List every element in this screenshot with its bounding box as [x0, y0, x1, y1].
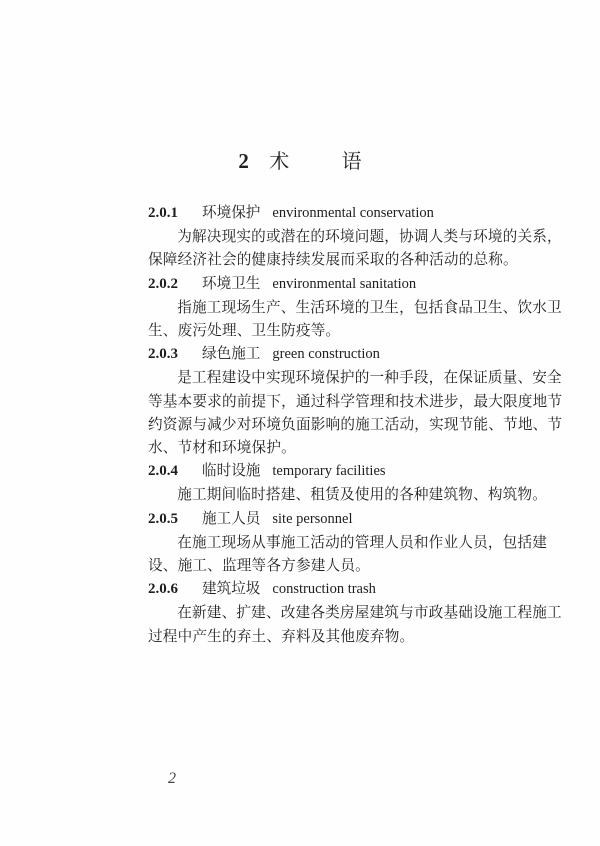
term-definition: 施工期间临时搭建、租赁及使用的各种建筑物、构筑物。 [148, 483, 466, 506]
definition-line: 水、节材和环境保护。 [148, 436, 466, 459]
definition-line: 保障经济社会的健康持续发展而采取的各种活动的总称。 [148, 248, 466, 271]
term-code: 2.0.1 [148, 202, 202, 225]
term-chinese: 施工人员 [202, 510, 260, 527]
definition-line: 是工程建设中实现环境保护的一种手段，在保证质量、安全 [148, 366, 466, 389]
term-english: site personnel [272, 511, 352, 527]
chapter-title-part2: 语 [342, 149, 362, 173]
term-entry: 2.0.4临时设施temporary facilities 施工期间临时搭建、租… [148, 459, 466, 506]
term-heading: 2.0.3绿色施工green construction [148, 342, 466, 366]
definition-line: 约资源与减少对环境负面影响的施工活动，实现节能、节地、节 [148, 413, 466, 436]
chapter-title-part1: 术 [269, 149, 289, 173]
term-chinese: 绿色施工 [202, 345, 260, 362]
definition-line: 在施工现场从事施工活动的管理人员和作业人员，包括建 [148, 531, 466, 554]
term-definition: 指施工现场生产、生活环境的卫生，包括食品卫生、饮水卫 生、废污处理、卫生防疫等。 [148, 296, 466, 342]
term-chinese: 环境卫生 [202, 275, 260, 292]
definition-line: 等基本要求的前提下，通过科学管理和技术进步，最大限度地节 [148, 390, 466, 413]
term-code: 2.0.4 [148, 460, 202, 483]
terms-list: 2.0.1环境保护environmental conservation 为解决现… [148, 201, 466, 648]
term-definition: 为解决现实的或潜在的环境问题，协调人类与环境的关系， 保障经济社会的健康持续发展… [148, 225, 466, 271]
term-definition: 在新建、扩建、改建各类房屋建筑与市政基础设施工程施工 过程中产生的弃土、弃料及其… [148, 601, 466, 647]
term-code: 2.0.5 [148, 508, 202, 531]
chapter-title: 2 术 语 [0, 145, 600, 174]
chapter-number: 2 [238, 149, 249, 173]
term-definition: 在施工现场从事施工活动的管理人员和作业人员，包括建 设、施工、监理等各方参建人员… [148, 531, 466, 577]
definition-line: 生、废污处理、卫生防疫等。 [148, 319, 466, 342]
term-heading: 2.0.1环境保护environmental conservation [148, 201, 466, 225]
term-english: environmental conservation [272, 205, 433, 221]
term-entry: 2.0.3绿色施工green construction 是工程建设中实现环境保护… [148, 342, 466, 459]
term-english: green construction [272, 346, 380, 362]
definition-line: 为解决现实的或潜在的环境问题，协调人类与环境的关系， [148, 225, 466, 248]
term-english: temporary facilities [272, 463, 385, 479]
term-heading: 2.0.5施工人员site personnel [148, 507, 466, 531]
term-chinese: 临时设施 [202, 462, 260, 479]
term-chinese: 环境保护 [202, 204, 260, 221]
term-heading: 2.0.2环境卫生environmental sanitation [148, 272, 466, 296]
term-heading: 2.0.4临时设施temporary facilities [148, 459, 466, 483]
term-heading: 2.0.6建筑垃圾construction trash [148, 577, 466, 601]
term-code: 2.0.3 [148, 343, 202, 366]
term-code: 2.0.6 [148, 578, 202, 601]
term-definition: 是工程建设中实现环境保护的一种手段，在保证质量、安全 等基本要求的前提下，通过科… [148, 366, 466, 459]
definition-line: 施工期间临时搭建、租赁及使用的各种建筑物、构筑物。 [148, 483, 466, 506]
term-entry: 2.0.5施工人员site personnel 在施工现场从事施工活动的管理人员… [148, 507, 466, 578]
definition-line: 设、施工、监理等各方参建人员。 [148, 554, 466, 577]
term-entry: 2.0.1环境保护environmental conservation 为解决现… [148, 201, 466, 272]
term-english: environmental sanitation [272, 276, 416, 292]
term-entry: 2.0.2环境卫生environmental sanitation 指施工现场生… [148, 272, 466, 343]
page-number: 2 [168, 770, 176, 788]
document-page: 2 术 语 2.0.1环境保护environmental conservatio… [0, 0, 600, 846]
term-english: construction trash [272, 581, 376, 597]
term-chinese: 建筑垃圾 [202, 580, 260, 597]
term-entry: 2.0.6建筑垃圾construction trash 在新建、扩建、改建各类房… [148, 577, 466, 648]
term-code: 2.0.2 [148, 273, 202, 296]
definition-line: 过程中产生的弃土、弃料及其他废弃物。 [148, 625, 466, 648]
definition-line: 指施工现场生产、生活环境的卫生，包括食品卫生、饮水卫 [148, 296, 466, 319]
definition-line: 在新建、扩建、改建各类房屋建筑与市政基础设施工程施工 [148, 601, 466, 624]
